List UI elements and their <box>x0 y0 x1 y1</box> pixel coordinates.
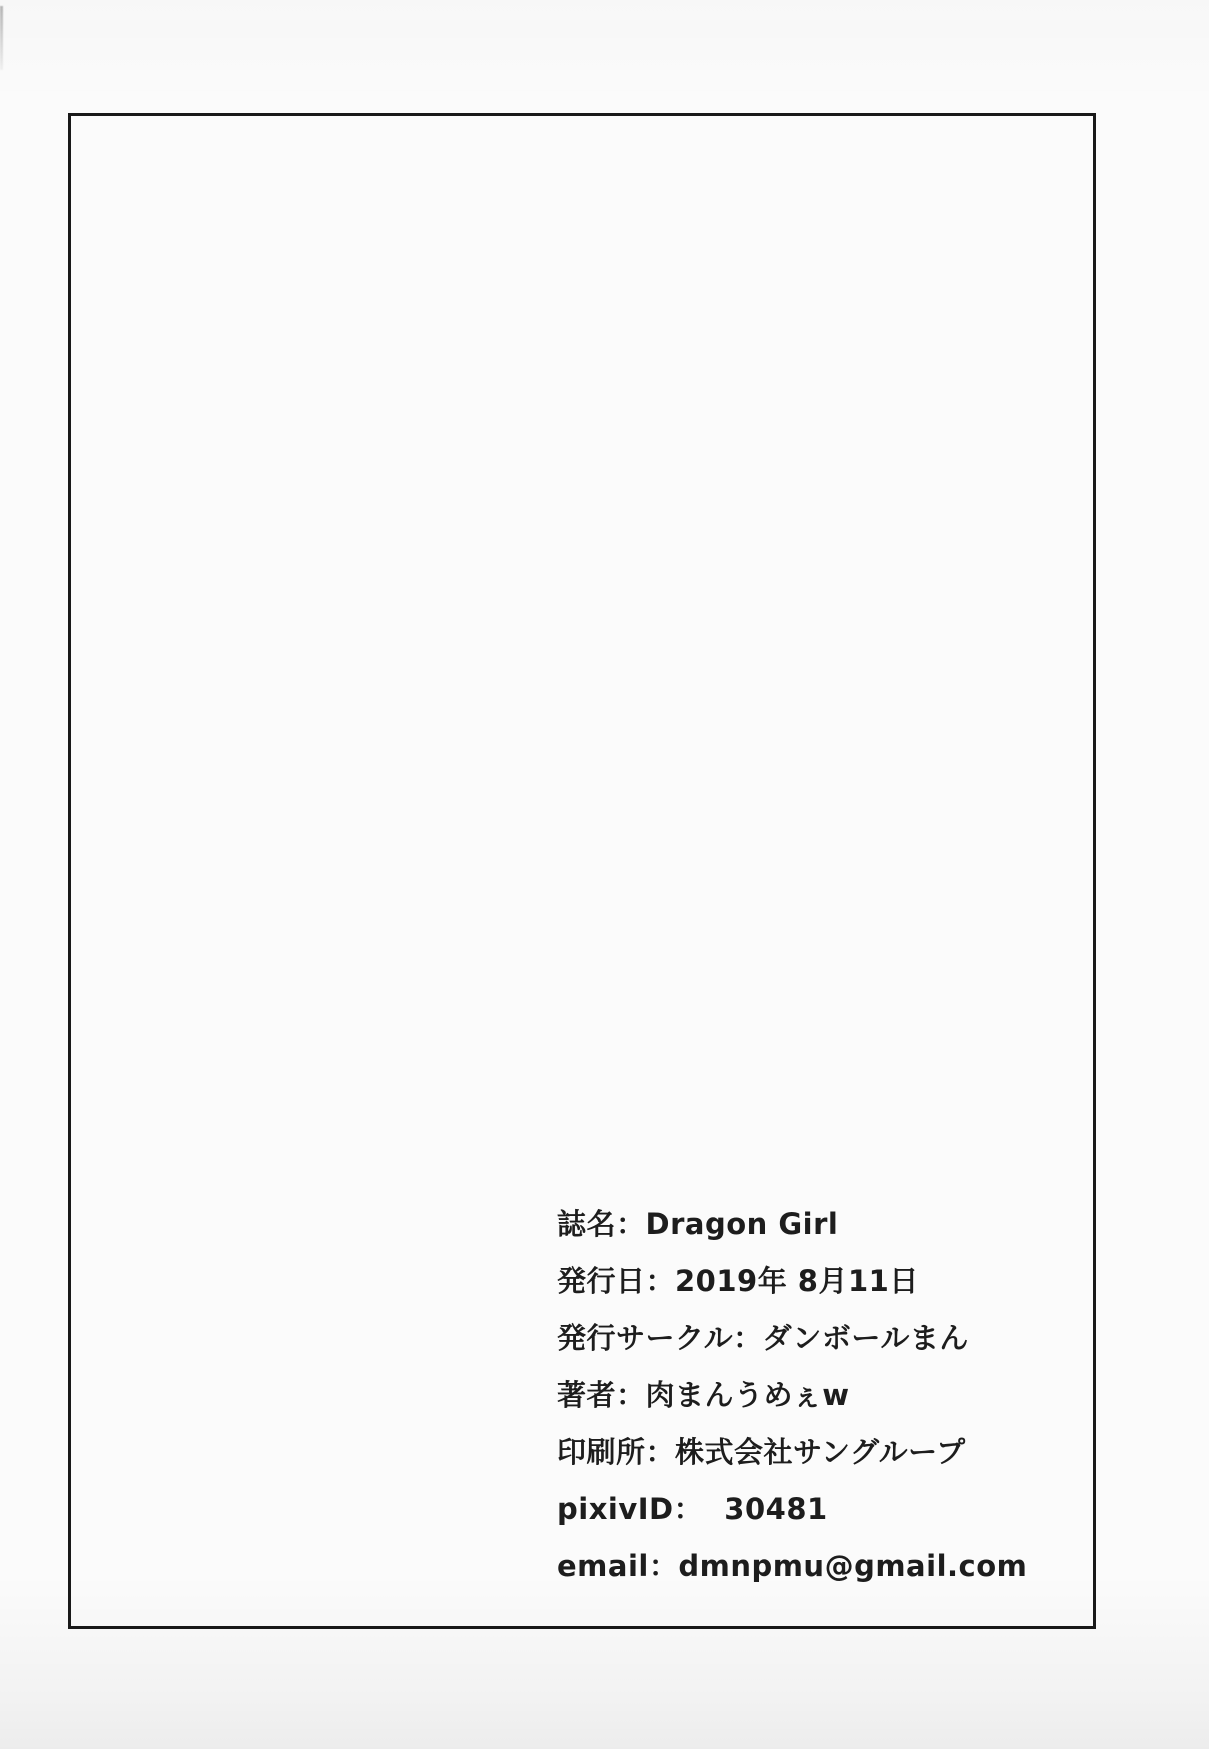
scanned-page: { "page": { "paper_color": "#fbfbfb", "f… <box>0 0 1209 1749</box>
colophon-line-pixiv-id: pixivID： 30481 <box>557 1479 1027 1536</box>
colophon-line-circle: 発行サークル：ダンボールまん <box>557 1308 1027 1365</box>
scan-edge-artifact <box>0 6 3 70</box>
colophon-line-author: 著者：肉まんうめぇw <box>557 1365 1027 1422</box>
colophon-line-printer: 印刷所：株式会社サングループ <box>557 1422 1027 1479</box>
colophon-line-email: email：dmnpmu@gmail.com <box>557 1536 1027 1593</box>
colophon-block: 誌名：Dragon Girl 発行日：2019年 8月11日 発行サークル：ダン… <box>557 1194 1027 1593</box>
colophon-line-publication-date: 発行日：2019年 8月11日 <box>557 1251 1027 1308</box>
colophon-line-book-title: 誌名：Dragon Girl <box>557 1194 1027 1251</box>
